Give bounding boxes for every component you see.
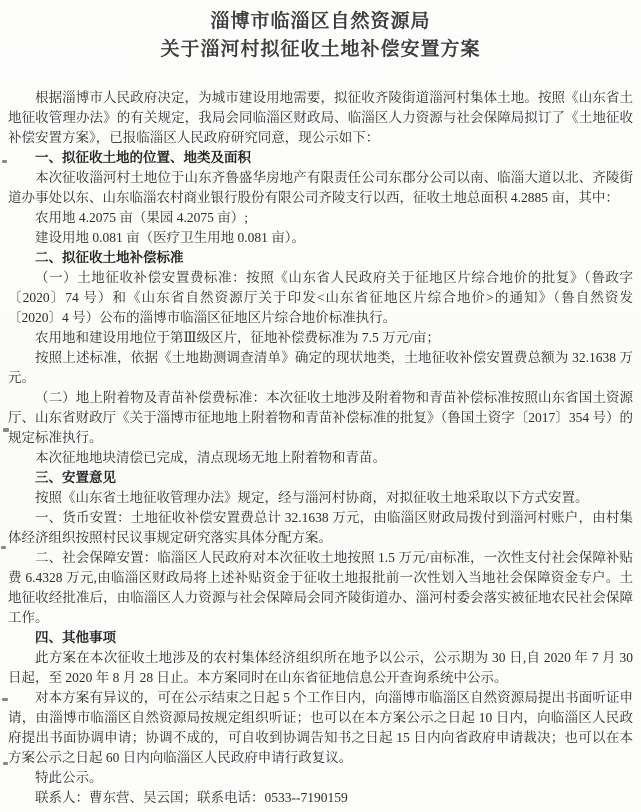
doc-paragraph: 按照上述标准，依据《土地勘测调查清单》确定的现状地类，土地征收补偿安置费总额为 … [8, 348, 633, 388]
document-page: 淄博市临淄区自然资源局 关于淄河村拟征收土地补偿安置方案 根据淄博市人民政府决定… [0, 0, 641, 812]
doc-paragraph: 二、社会保障安置：临淄区人民政府对本次征收土地按照 1.5 万元/亩标准，一次性… [8, 548, 633, 628]
section-2-heading: 二、拟征收土地补偿标准 [8, 248, 633, 268]
doc-paragraph: （二）地上附着物及青苗补偿费标准：本次征收土地涉及附着物和青苗补偿标准按照山东省… [8, 388, 633, 448]
contact-line: 联系人：曹东营、吴云国；联系电话：0533--7190159 [8, 788, 633, 808]
scan-artifact [3, 428, 9, 432]
scan-artifact [2, 698, 8, 701]
doc-paragraph: 特此公示。 [8, 768, 633, 788]
doc-paragraph: 按照《山东省土地征收管理办法》规定，经与淄河村协商，对拟征收土地采取以下方式安置… [8, 488, 633, 508]
doc-paragraph: 建设用地 0.081 亩（医疗卫生用地 0.081 亩）。 [8, 228, 633, 248]
doc-paragraph: 对本方案有异议的，可在公示结束之日起 5 个工作日内，向淄博市临淄区自然资源局提… [8, 688, 633, 768]
document-body: 根据淄博市人民政府决定，为城市建设用地需要，拟征收齐陵街道淄河村集体土地。按照《… [0, 88, 641, 808]
doc-paragraph: 一、货币安置：土地征收补偿安置费总计 32.1638 万元，由临淄区财政局拨付到… [8, 508, 633, 548]
doc-paragraph: 本次征地地块清偿已完成，清点现场无地上附着物和青苗。 [8, 448, 633, 468]
section-4-heading: 四、其他事项 [8, 628, 633, 648]
scan-artifact [3, 762, 8, 765]
document-title-line2: 关于淄河村拟征收土地补偿安置方案 [0, 36, 641, 64]
intro-paragraph: 根据淄博市人民政府决定，为城市建设用地需要，拟征收齐陵街道淄河村集体土地。按照《… [8, 88, 633, 148]
doc-paragraph: 农用地和建设用地位于第Ⅲ级区片，征地补偿费标准为 7.5 万元/亩； [8, 328, 633, 348]
section-3-heading: 三、安置意见 [8, 468, 633, 488]
section-1-heading: 一、拟征收土地的位置、地类及面积 [8, 148, 633, 168]
doc-paragraph: 本次征收淄河村土地位于山东齐鲁盛华房地产有限责任公司东郡分公司以南、临淄大道以北… [8, 168, 633, 208]
document-title-line1: 淄博市临淄区自然资源局 [0, 8, 641, 36]
doc-paragraph: 农用地 4.2075 亩（果园 4.2075 亩）; [8, 208, 633, 228]
scan-artifact [1, 546, 6, 549]
scan-artifact [2, 160, 7, 163]
doc-paragraph: 此方案在本次征收土地涉及的农村集体经济组织所在地予以公示，公示期为 30 日,自… [8, 648, 633, 688]
doc-paragraph: （一）土地征收补偿安置费标准：按照《山东省人民政府关于征地区片综合地价的批复》（… [8, 268, 633, 328]
document-title: 淄博市临淄区自然资源局 关于淄河村拟征收土地补偿安置方案 [0, 0, 641, 64]
